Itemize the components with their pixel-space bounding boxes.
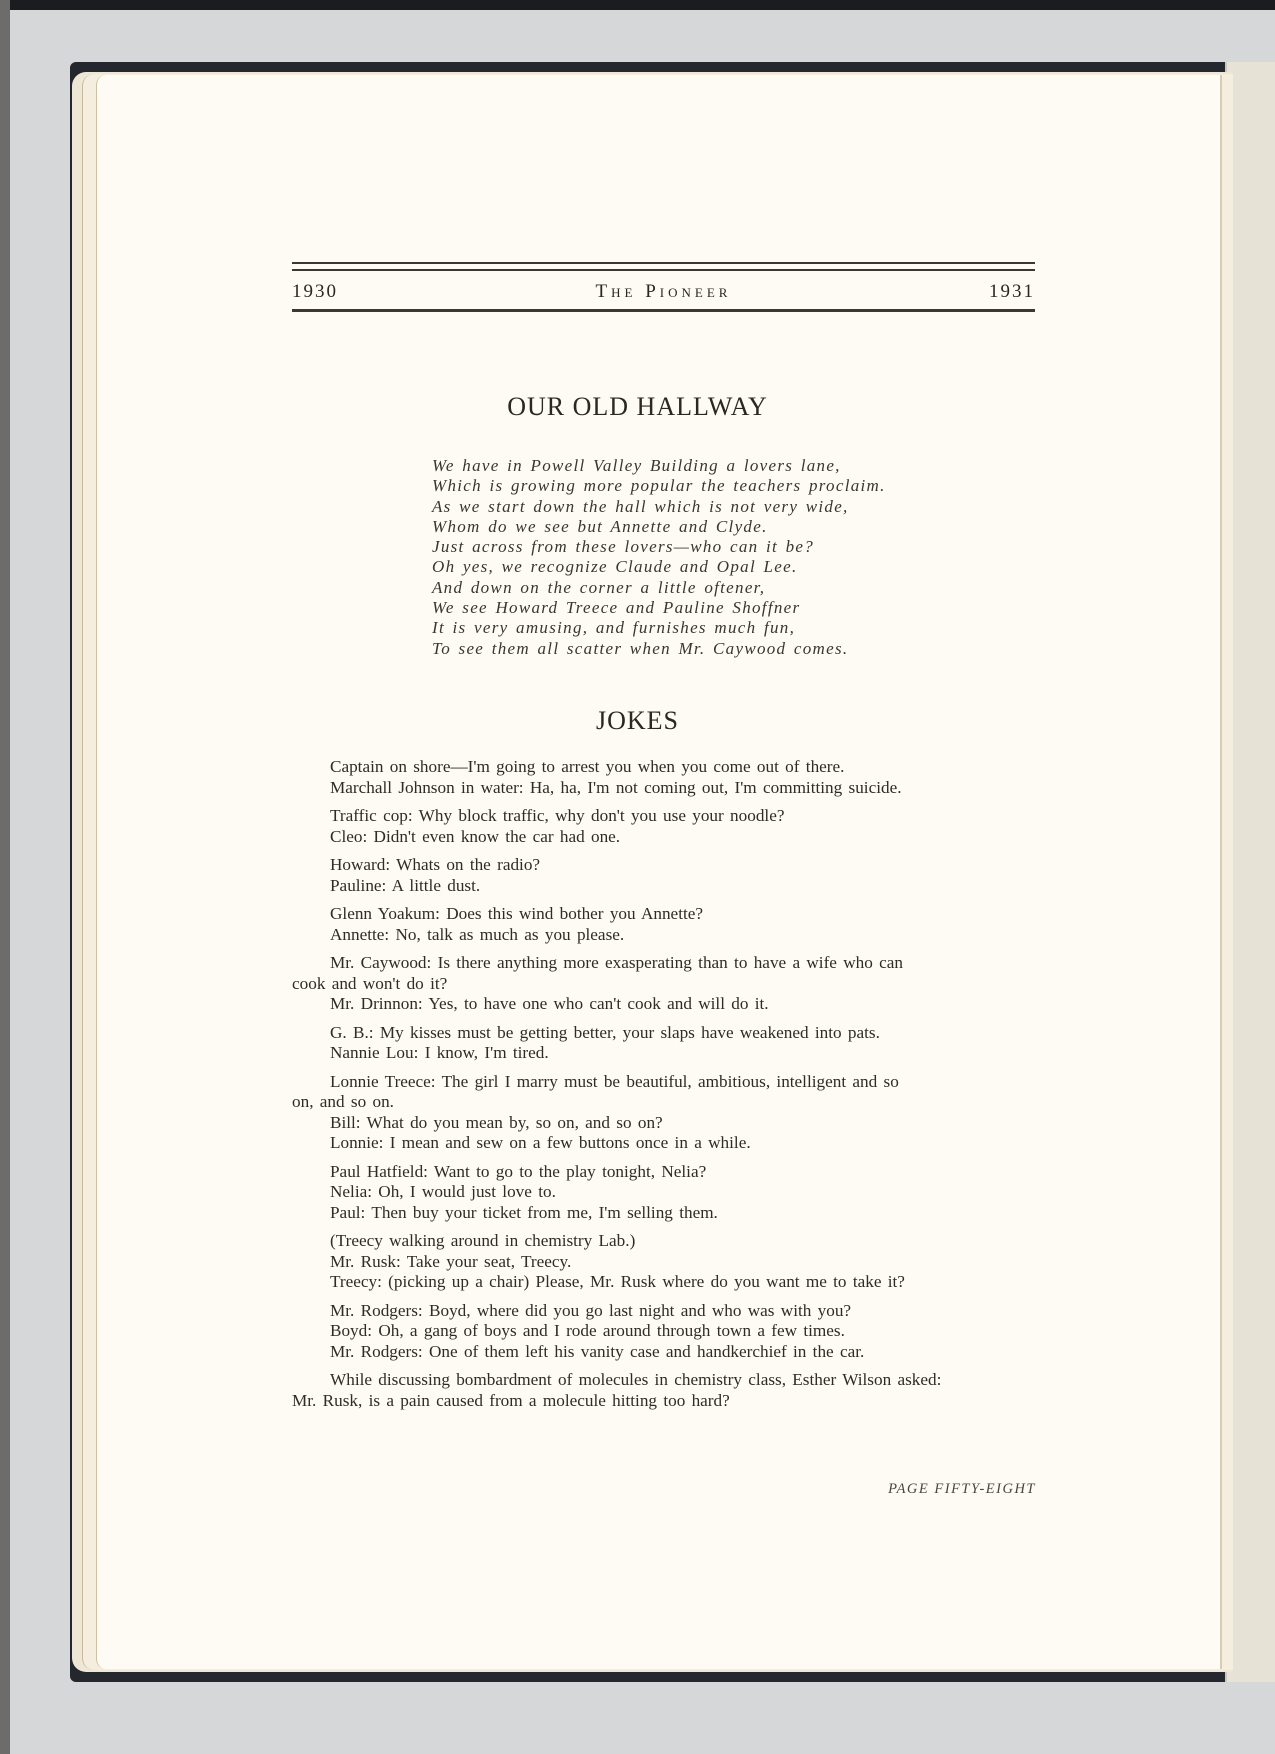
header-rule-top	[292, 262, 1035, 271]
joke-item: Traffic cop: Why block traffic, why don'…	[292, 806, 1037, 847]
joke-line: Captain on shore—I'm going to arrest you…	[292, 757, 1037, 778]
joke-line: Mr. Rusk: Take your seat, Treecy.	[292, 1252, 1037, 1273]
jokes-title: JOKES	[0, 706, 1275, 736]
poem-line: Oh yes, we recognize Claude and Opal Lee…	[432, 557, 886, 577]
joke-item: While discussing bombardment of molecule…	[292, 1370, 1037, 1411]
joke-line: Boyd: Oh, a gang of boys and I rode arou…	[292, 1321, 1037, 1342]
joke-item: (Treecy walking around in chemistry Lab.…	[292, 1231, 1037, 1293]
joke-line: Treecy: (picking up a chair) Please, Mr.…	[292, 1272, 1037, 1293]
joke-item: Mr. Rodgers: Boyd, where did you go last…	[292, 1301, 1037, 1363]
page-number: PAGE FIFTY-EIGHT	[884, 1481, 1036, 1498]
joke-line: Mr. Rodgers: One of them left his vanity…	[292, 1342, 1037, 1363]
joke-item: G. B.: My kisses must be getting better,…	[292, 1023, 1037, 1064]
joke-item: Howard: Whats on the radio? Pauline: A l…	[292, 855, 1037, 896]
joke-item: Glenn Yoakum: Does this wind bother you …	[292, 904, 1037, 945]
joke-line: (Treecy walking around in chemistry Lab.…	[292, 1231, 1037, 1252]
joke-item: Captain on shore—I'm going to arrest you…	[292, 757, 1037, 798]
jokes-body: Captain on shore—I'm going to arrest you…	[292, 757, 1037, 1419]
joke-line: Mr. Rodgers: Boyd, where did you go last…	[292, 1301, 1037, 1322]
joke-line: Marchall Johnson in water: Ha, ha, I'm n…	[292, 778, 1037, 799]
header-row: 1930 The Pioneer 1931	[292, 271, 1035, 309]
poem-line: We see Howard Treece and Pauline Shoffne…	[432, 598, 886, 618]
joke-line: on, and so on.	[292, 1092, 1037, 1113]
joke-line: G. B.: My kisses must be getting better,…	[292, 1023, 1037, 1044]
joke-line: Pauline: A little dust.	[292, 876, 1037, 897]
joke-line: Nelia: Oh, I would just love to.	[292, 1182, 1037, 1203]
running-header: 1930 The Pioneer 1931	[292, 262, 1035, 315]
poem-title: OUR OLD HALLWAY	[0, 392, 1275, 422]
joke-line: Lonnie Treece: The girl I marry must be …	[292, 1072, 1037, 1093]
header-year-right: 1931	[989, 281, 1035, 303]
joke-line: While discussing bombardment of molecule…	[292, 1370, 1037, 1391]
poem-body: We have in Powell Valley Building a love…	[432, 456, 886, 659]
joke-item: Paul Hatfield: Want to go to the play to…	[292, 1162, 1037, 1224]
joke-line: Bill: What do you mean by, so on, and so…	[292, 1113, 1037, 1134]
page-gutter	[1220, 75, 1222, 1669]
publication-title: The Pioneer	[596, 281, 732, 303]
joke-item: Lonnie Treece: The girl I marry must be …	[292, 1072, 1037, 1154]
joke-line: cook and won't do it?	[292, 974, 1037, 995]
poem-line: And down on the corner a little oftener,	[432, 578, 886, 598]
joke-line: Mr. Rusk, is a pain caused from a molecu…	[292, 1391, 1037, 1412]
joke-line: Lonnie: I mean and sew on a few buttons …	[292, 1133, 1037, 1154]
header-year-left: 1930	[292, 281, 338, 303]
joke-line: Nannie Lou: I know, I'm tired.	[292, 1043, 1037, 1064]
joke-line: Annette: No, talk as much as you please.	[292, 925, 1037, 946]
poem-line: As we start down the hall which is not v…	[432, 497, 886, 517]
poem-line: To see them all scatter when Mr. Caywood…	[432, 639, 886, 659]
joke-line: Cleo: Didn't even know the car had one.	[292, 827, 1037, 848]
poem-line: Which is growing more popular the teache…	[432, 476, 886, 496]
header-rule-bottom	[292, 309, 1035, 315]
joke-line: Glenn Yoakum: Does this wind bother you …	[292, 904, 1037, 925]
scanner-edge-left	[0, 0, 10, 1754]
joke-line: Howard: Whats on the radio?	[292, 855, 1037, 876]
scanner-edge-top	[0, 0, 1275, 10]
poem-line: We have in Powell Valley Building a love…	[432, 456, 886, 476]
joke-item: Mr. Caywood: Is there anything more exas…	[292, 953, 1037, 1015]
joke-line: Paul Hatfield: Want to go to the play to…	[292, 1162, 1037, 1183]
poem-line: Just across from these lovers—who can it…	[432, 537, 886, 557]
poem-line: It is very amusing, and furnishes much f…	[432, 618, 886, 638]
joke-line: Traffic cop: Why block traffic, why don'…	[292, 806, 1037, 827]
joke-line: Mr. Drinnon: Yes, to have one who can't …	[292, 994, 1037, 1015]
poem-line: Whom do we see but Annette and Clyde.	[432, 517, 886, 537]
joke-line: Mr. Caywood: Is there anything more exas…	[292, 953, 1037, 974]
joke-line: Paul: Then buy your ticket from me, I'm …	[292, 1203, 1037, 1224]
